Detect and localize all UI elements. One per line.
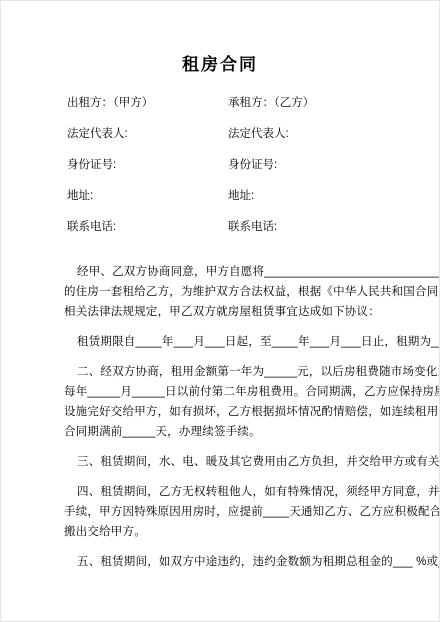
contract-line: 相关法律法规规定，甲乙双方就房屋租赁事宜达成如下协议： xyxy=(64,302,395,322)
contract-line: 设施完好交给甲方，如有损坏，乙方根据损坏情况酌情赔偿，如连续租用，可在 xyxy=(64,402,395,422)
paragraph: 租赁期限自____年___月___日起，至____年___月___日止，租期为_… xyxy=(64,332,395,352)
party-label-lessee: 承租方：（乙方） xyxy=(228,97,314,110)
contract-line: 经甲、乙双方协商同意，甲方自愿将________________________… xyxy=(64,262,395,282)
party-label-lessor: 地址: xyxy=(67,190,228,203)
party-row: 地址:地址: xyxy=(67,190,439,203)
paragraph: 三、租赁期间，水、电、暖及其它费用由乙方负担，并交给甲方或有关部门。 xyxy=(64,452,395,472)
party-row: 出租方：（甲方）承租方：（乙方） xyxy=(67,97,439,110)
paragraph: 二、经双方协商，租用金额第一年为_____元，以后房租费随市场变化为准，每年__… xyxy=(64,362,395,442)
paragraph: 五、租赁期间，如双方中途违约，违约金数额为租期总租金的___ %或____元， xyxy=(64,552,395,572)
contract-line: 每年_____月_____日以前付第二年房租费用。合同期满，乙方应保持房屋和屋内 xyxy=(64,382,395,402)
paragraph: 经甲、乙双方协商同意，甲方自愿将________________________… xyxy=(64,262,395,322)
party-label-lessee: 身份证号: xyxy=(228,159,277,172)
party-label-lessor: 出租方：（甲方） xyxy=(67,97,228,110)
contract-line: 合同期满前_____天，办理续签手续。 xyxy=(64,422,395,442)
party-label-lessor: 联系电话: xyxy=(67,221,228,234)
party-label-lessor: 身份证号: xyxy=(67,159,228,172)
contract-line: 五、租赁期间，如双方中途违约，违约金数额为租期总租金的___ %或____元， xyxy=(64,552,395,572)
contract-line: 四、租赁期间，乙方无权转租他人，如有特殊情况，须经甲方同意，并办理 xyxy=(64,482,395,502)
party-label-lessee: 联系电话: xyxy=(228,221,277,234)
party-label-lessor: 法定代表人: xyxy=(67,128,228,141)
contract-line: 二、经双方协商，租用金额第一年为_____元，以后房租费随市场变化为准， xyxy=(64,362,395,382)
paragraph: 四、租赁期间，乙方无权转租他人，如有特殊情况，须经甲方同意，并办理手续，甲方因特… xyxy=(64,482,395,542)
party-label-lessee: 地址: xyxy=(228,190,254,203)
party-row: 法定代表人:法定代表人: xyxy=(67,128,439,141)
contract-title: 租房合同 xyxy=(1,53,439,77)
contract-line: 三、租赁期间，水、电、暖及其它费用由乙方负担，并交给甲方或有关部门。 xyxy=(64,452,395,472)
contract-line: 手续，甲方因特殊原因用房时，应提前____天通知乙方、乙方应积极配合，按时 xyxy=(64,502,395,522)
contract-body: 经甲、乙双方协商同意，甲方自愿将________________________… xyxy=(1,262,439,582)
contract-line: 的住房一套租给乙方，为维护双方合法权益，根据《中华人民共和国合同法》及 xyxy=(64,282,395,302)
party-row: 身份证号:身份证号: xyxy=(67,159,439,172)
contract-page: 租房合同 出租方：（甲方）承租方：（乙方）法定代表人:法定代表人:身份证号:身份… xyxy=(0,0,440,622)
party-row: 联系电话:联系电话: xyxy=(67,221,439,234)
contract-line: 租赁期限自____年___月___日起，至____年___月___日止，租期为_… xyxy=(64,332,395,352)
party-label-lessee: 法定代表人: xyxy=(228,128,289,141)
parties-section: 出租方：（甲方）承租方：（乙方）法定代表人:法定代表人:身份证号:身份证号:地址… xyxy=(1,97,439,234)
contract-line: 搬出交给甲方。 xyxy=(64,522,395,542)
